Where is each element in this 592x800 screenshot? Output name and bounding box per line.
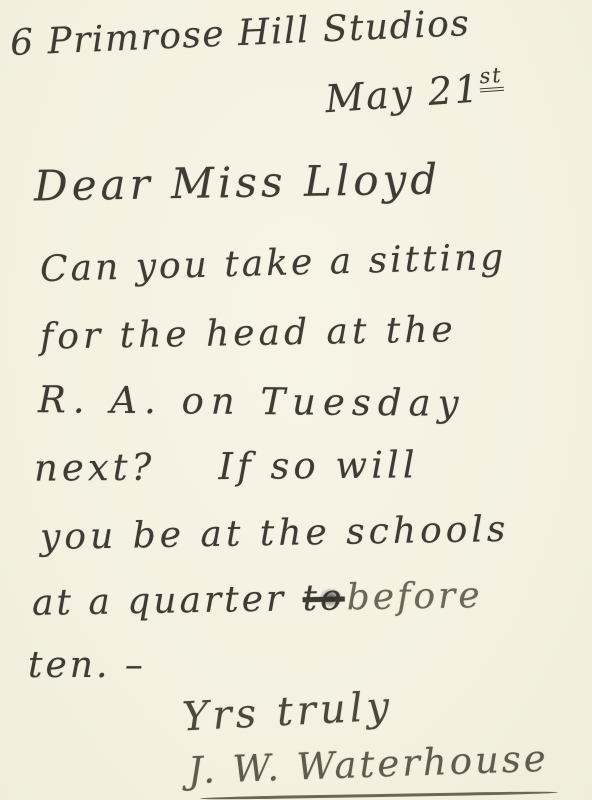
closing-line: Yrs truly	[181, 687, 394, 738]
salutation-line: Dear Miss Lloyd	[34, 158, 442, 207]
date-ordinal: st	[479, 65, 504, 92]
body-line-1: Can you take a sitting	[40, 240, 507, 288]
body-line-6: at a quarter tobefore	[32, 578, 483, 622]
body-line-7: ten. –	[28, 648, 146, 684]
body-line-5: you be at the schools	[40, 512, 510, 556]
quarter-suffix: before	[346, 575, 483, 618]
address-line: 6 Primrose Hill Studios	[9, 6, 471, 62]
crossed-out-word: to	[302, 577, 345, 619]
signature-line: J. W. Waterhouse	[187, 740, 549, 790]
body-line-4: next? If so will	[34, 446, 419, 486]
quarter-prefix: at a quarter	[32, 578, 301, 624]
body-line-3: R. A. on Tuesday	[38, 381, 466, 422]
date-line: May 21st	[324, 68, 505, 118]
body-line-2: for the head at the	[40, 312, 457, 355]
date-text: May 21	[324, 66, 482, 121]
letter-page: 6 Primrose Hill Studios May 21st Dear Mi…	[0, 0, 592, 800]
signature-underline-flourish	[200, 791, 558, 800]
